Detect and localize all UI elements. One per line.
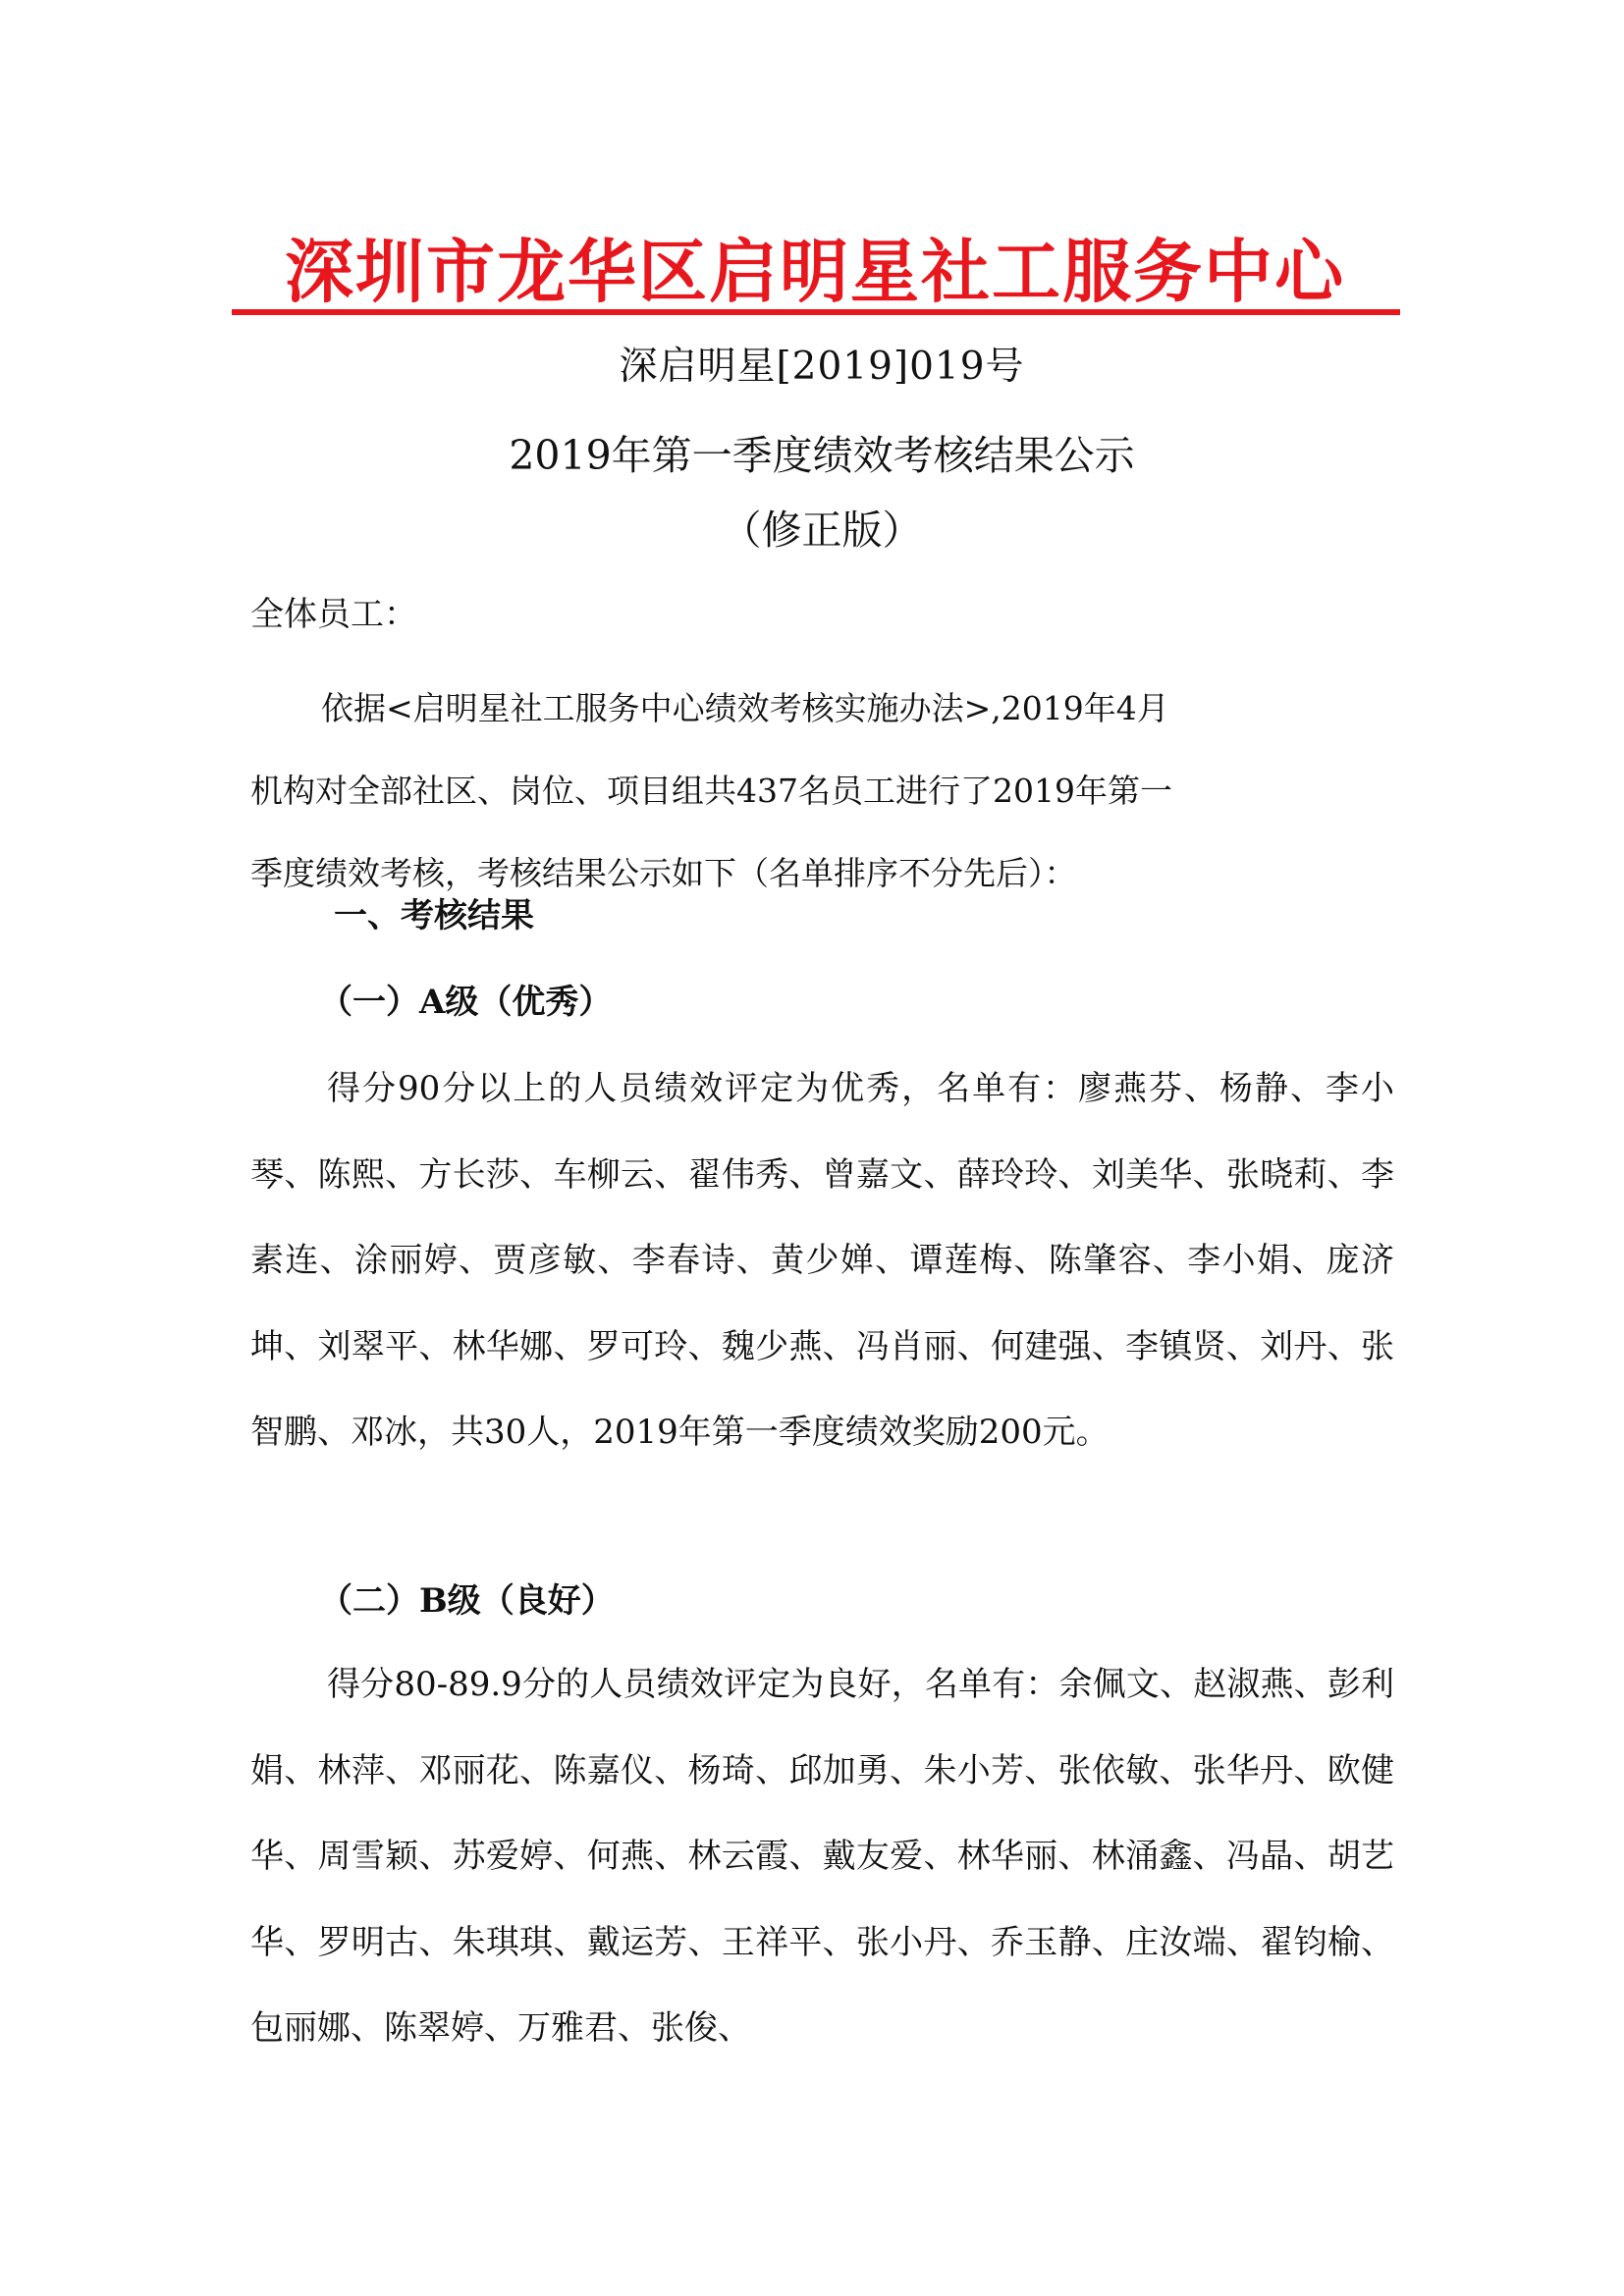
grade-a-paragraph: 得分90分以上的人员绩效评定为优秀，名单有：廖燕芬、杨静、李小琴、陈熙、方长莎、… — [250, 1046, 1394, 1476]
document-number: 深启明星[2019]019号 — [0, 340, 1624, 395]
document-title: 2019年第一季度绩效考核结果公示 — [0, 428, 1624, 483]
intro-paragraph: 依据<启明星社工服务中心绩效考核实施办法>,2019年4月 机构对全部社区、岗位… — [250, 667, 1389, 915]
document-subtitle: （修正版） — [0, 503, 1624, 558]
organization-header: 深圳市龙华区启明星社工服务中心 — [226, 228, 1404, 316]
document-page: 深圳市龙华区启明星社工服务中心 深启明星[2019]019号 2019年第一季度… — [0, 0, 1624, 2296]
intro-line: 机构对全部社区、岗位、项目组共437名员工进行了2019年第一 — [250, 750, 1389, 832]
header-red-rule — [232, 309, 1400, 315]
grade-a-heading: （一）A级（优秀） — [319, 975, 612, 1030]
grade-b-heading: （二）B级（良好） — [319, 1574, 615, 1629]
salutation: 全体员工： — [250, 587, 417, 642]
grade-b-paragraph: 得分80-89.9分的人员绩效评定为良好，名单有：余佩文、赵淑燕、彭利娟、林萍、… — [250, 1642, 1394, 2072]
section-heading-results: 一、考核结果 — [334, 888, 534, 943]
intro-line: 依据<启明星社工服务中心绩效考核实施办法>,2019年4月 — [250, 667, 1389, 750]
